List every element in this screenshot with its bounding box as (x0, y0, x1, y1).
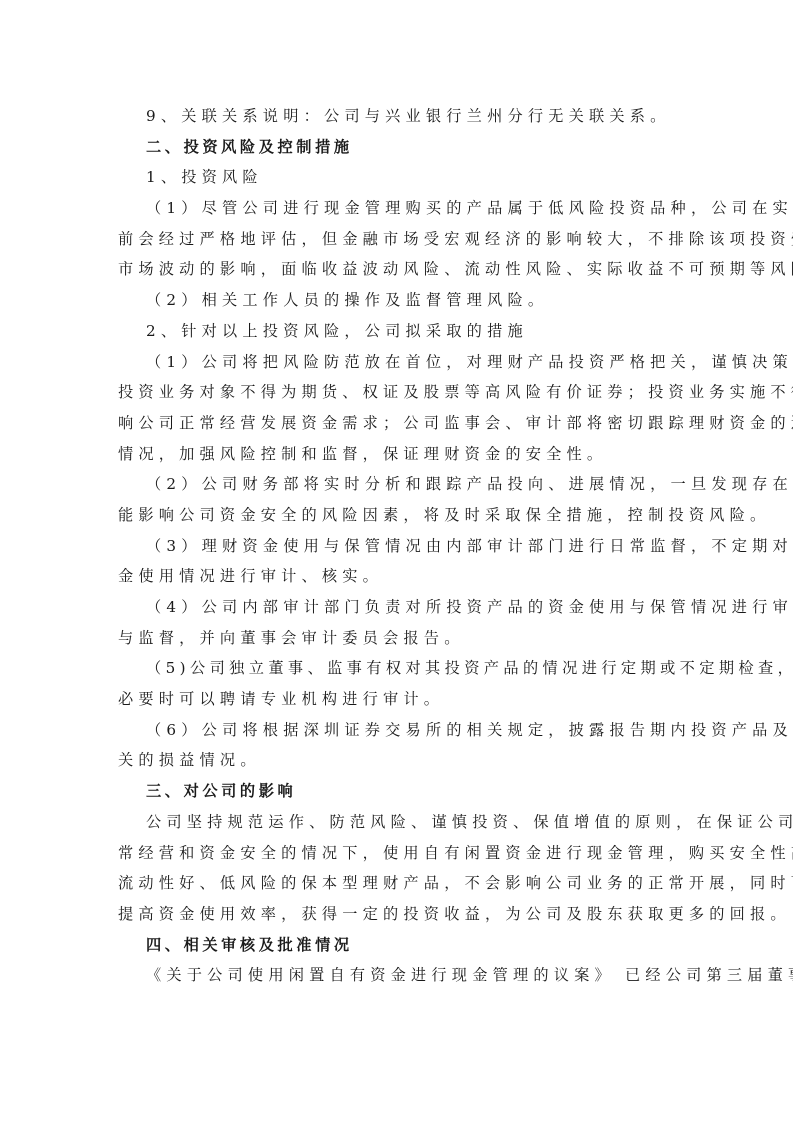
text-line: 公司坚持规范运作、防范风险、谨慎投资、保值增值的原则，在保证公司正 (118, 807, 693, 838)
text-line: 流动性好、低风险的保本型理财产品，不会影响公司业务的正常开展，同时可以 (118, 868, 693, 899)
paragraph-approval: 《关于公司使用闲置自有资金进行现金管理的议案》 已经公司第三届董事 (118, 960, 693, 991)
text-line: 情况，加强风险控制和监督，保证理财资金的安全性。 (118, 439, 693, 470)
subheading-investment-risk: 1、投资风险 (118, 162, 693, 193)
subheading-measures: 2、针对以上投资风险，公司拟采取的措施 (118, 316, 693, 347)
text-line: （1）公司将把风险防范放在首位，对理财产品投资严格把关，谨慎决策； (118, 347, 693, 378)
text-line: （4）公司内部审计部门负责对所投资产品的资金使用与保管情况进行审计 (118, 592, 693, 623)
text-line: 前会经过严格地评估，但金融市场受宏观经济的影响较大，不排除该项投资受到 (118, 224, 693, 255)
text-line: 响公司正常经营发展资金需求；公司监事会、审计部将密切跟踪理财资金的运作 (118, 408, 693, 439)
paragraph-risk-1: （1）尽管公司进行现金管理购买的产品属于低风险投资品种，公司在实施 前会经过严格… (118, 193, 693, 285)
paragraph-risk-2: （2）相关工作人员的操作及监督管理风险。 (118, 285, 693, 316)
text-line: 市场波动的影响，面临收益波动风险、流动性风险、实际收益不可预期等风险； (118, 254, 693, 285)
related-party-note: 9、关联关系说明：公司与兴业银行兰州分行无关联关系。 (118, 101, 693, 132)
text-line: （6）公司将根据深圳证券交易所的相关规定，披露报告期内投资产品及相 (118, 715, 693, 746)
paragraph-measure-6: （6）公司将根据深圳证券交易所的相关规定，披露报告期内投资产品及相 关的损益情况… (118, 715, 693, 776)
text-line: 金使用情况进行审计、核实。 (118, 561, 693, 592)
section-heading-approval: 四、相关审核及批准情况 (118, 930, 693, 961)
text-line: 能影响公司资金安全的风险因素，将及时采取保全措施，控制投资风险。 (118, 500, 693, 531)
text-line: 提高资金使用效率，获得一定的投资收益，为公司及股东获取更多的回报。 (118, 899, 693, 930)
paragraph-measure-2: （2）公司财务部将实时分析和跟踪产品投向、进展情况，一旦发现存在可 能影响公司资… (118, 469, 693, 530)
paragraph-impact: 公司坚持规范运作、防范风险、谨慎投资、保值增值的原则，在保证公司正 常经营和资金… (118, 807, 693, 930)
paragraph-measure-3: （3）理财资金使用与保管情况由内部审计部门进行日常监督，不定期对资 金使用情况进… (118, 531, 693, 592)
text-line: 投资业务对象不得为期货、权证及股票等高风险有价证券；投资业务实施不得影 (118, 377, 693, 408)
text-line: （1）尽管公司进行现金管理购买的产品属于低风险投资品种，公司在实施 (118, 193, 693, 224)
paragraph-measure-5: （5)公司独立董事、监事有权对其投资产品的情况进行定期或不定期检查， 必要时可以… (118, 653, 693, 714)
text-line: 与监督，并向董事会审计委员会报告。 (118, 623, 693, 654)
text-line: 《关于公司使用闲置自有资金进行现金管理的议案》 已经公司第三届董事 (118, 960, 693, 991)
paragraph-measure-1: （1）公司将把风险防范放在首位，对理财产品投资严格把关，谨慎决策； 投资业务对象… (118, 347, 693, 470)
document-page: 9、关联关系说明：公司与兴业银行兰州分行无关联关系。 二、投资风险及控制措施 1… (118, 101, 693, 991)
text-line: 必要时可以聘请专业机构进行审计。 (118, 684, 693, 715)
text-line: 常经营和资金安全的情况下，使用自有闲置资金进行现金管理，购买安全性高、 (118, 838, 693, 869)
text-line: （5)公司独立董事、监事有权对其投资产品的情况进行定期或不定期检查， (118, 653, 693, 684)
paragraph-measure-4: （4）公司内部审计部门负责对所投资产品的资金使用与保管情况进行审计 与监督，并向… (118, 592, 693, 653)
text-line: （3）理财资金使用与保管情况由内部审计部门进行日常监督，不定期对资 (118, 531, 693, 562)
text-line: （2）公司财务部将实时分析和跟踪产品投向、进展情况，一旦发现存在可 (118, 469, 693, 500)
section-heading-investment-risk: 二、投资风险及控制措施 (118, 132, 693, 163)
section-heading-impact: 三、对公司的影响 (118, 776, 693, 807)
text-line: 关的损益情况。 (118, 745, 693, 776)
